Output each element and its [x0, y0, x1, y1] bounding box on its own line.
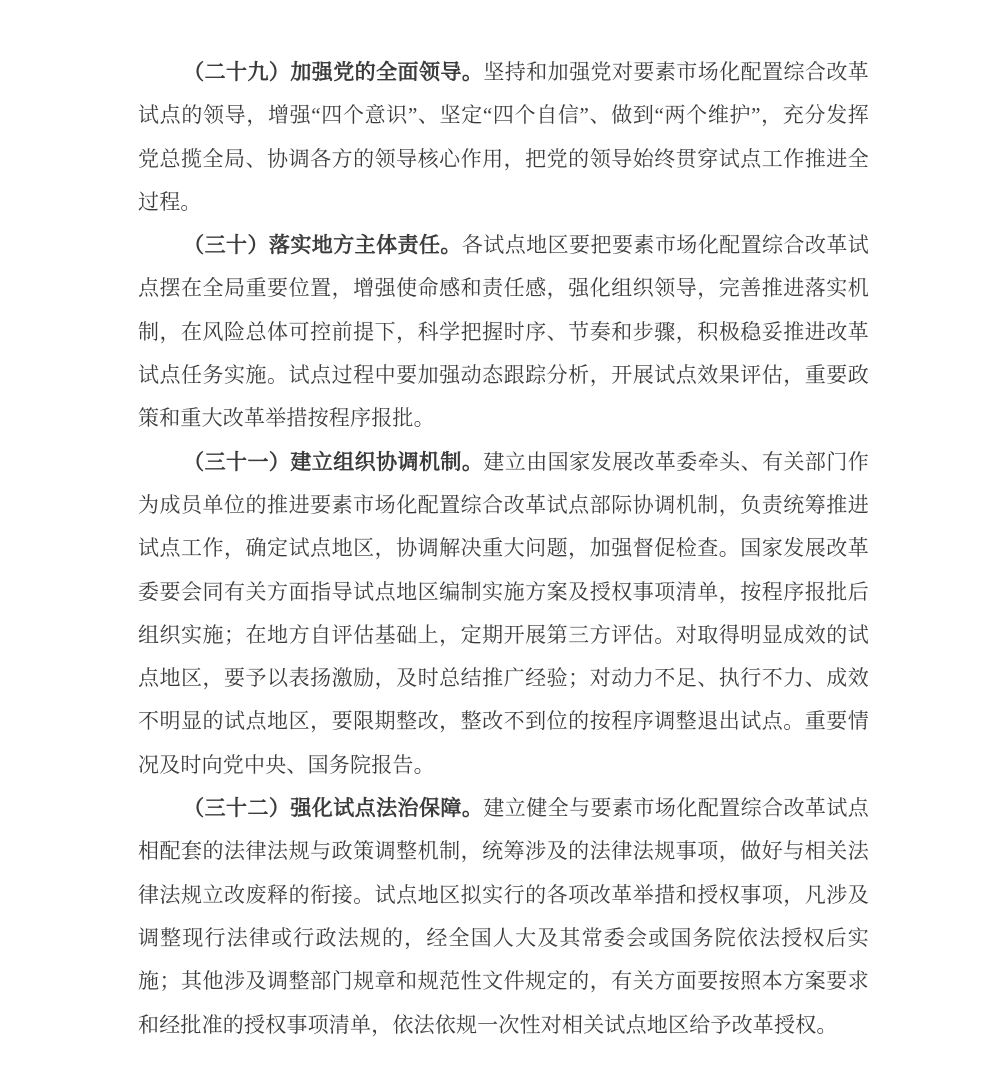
paragraph-body: 各试点地区要把要素市场化配置综合改革试点摆在全局重要位置，增强使命感和责任感，强… — [138, 233, 869, 430]
paragraph-body: 建立健全与要素市场化配置综合改革试点相配套的法律法规与政策调整机制，统筹涉及的法… — [138, 796, 869, 1036]
document-text-column: （二十九）加强党的全面领导。坚持和加强党对要素市场化配置综合改革试点的领导，增强… — [138, 51, 869, 1047]
paragraph-body: 建立由国家发展改革委牵头、有关部门作为成员单位的推进要素市场化配置综合改革试点部… — [138, 450, 869, 777]
paragraph-section-31: （三十一）建立组织协调机制。建立由国家发展改革委牵头、有关部门作为成员单位的推进… — [138, 441, 869, 787]
paragraph-section-30: （三十）落实地方主体责任。各试点地区要把要素市场化配置综合改革试点摆在全局重要位… — [138, 224, 869, 440]
document-page: （二十九）加强党的全面领导。坚持和加强党对要素市场化配置综合改革试点的领导，增强… — [0, 0, 1000, 1088]
paragraph-heading: （三十）落实地方主体责任。 — [183, 233, 462, 257]
paragraph-heading: （三十一）建立组织协调机制。 — [183, 450, 483, 474]
paragraph-section-32: （三十二）强化试点法治保障。建立健全与要素市场化配置综合改革试点相配套的法律法规… — [138, 787, 869, 1047]
paragraph-section-29: （二十九）加强党的全面领导。坚持和加强党对要素市场化配置综合改革试点的领导，增强… — [138, 51, 869, 224]
paragraph-heading: （三十二）强化试点法治保障。 — [183, 796, 483, 820]
paragraph-heading: （二十九）加强党的全面领导。 — [183, 60, 483, 84]
